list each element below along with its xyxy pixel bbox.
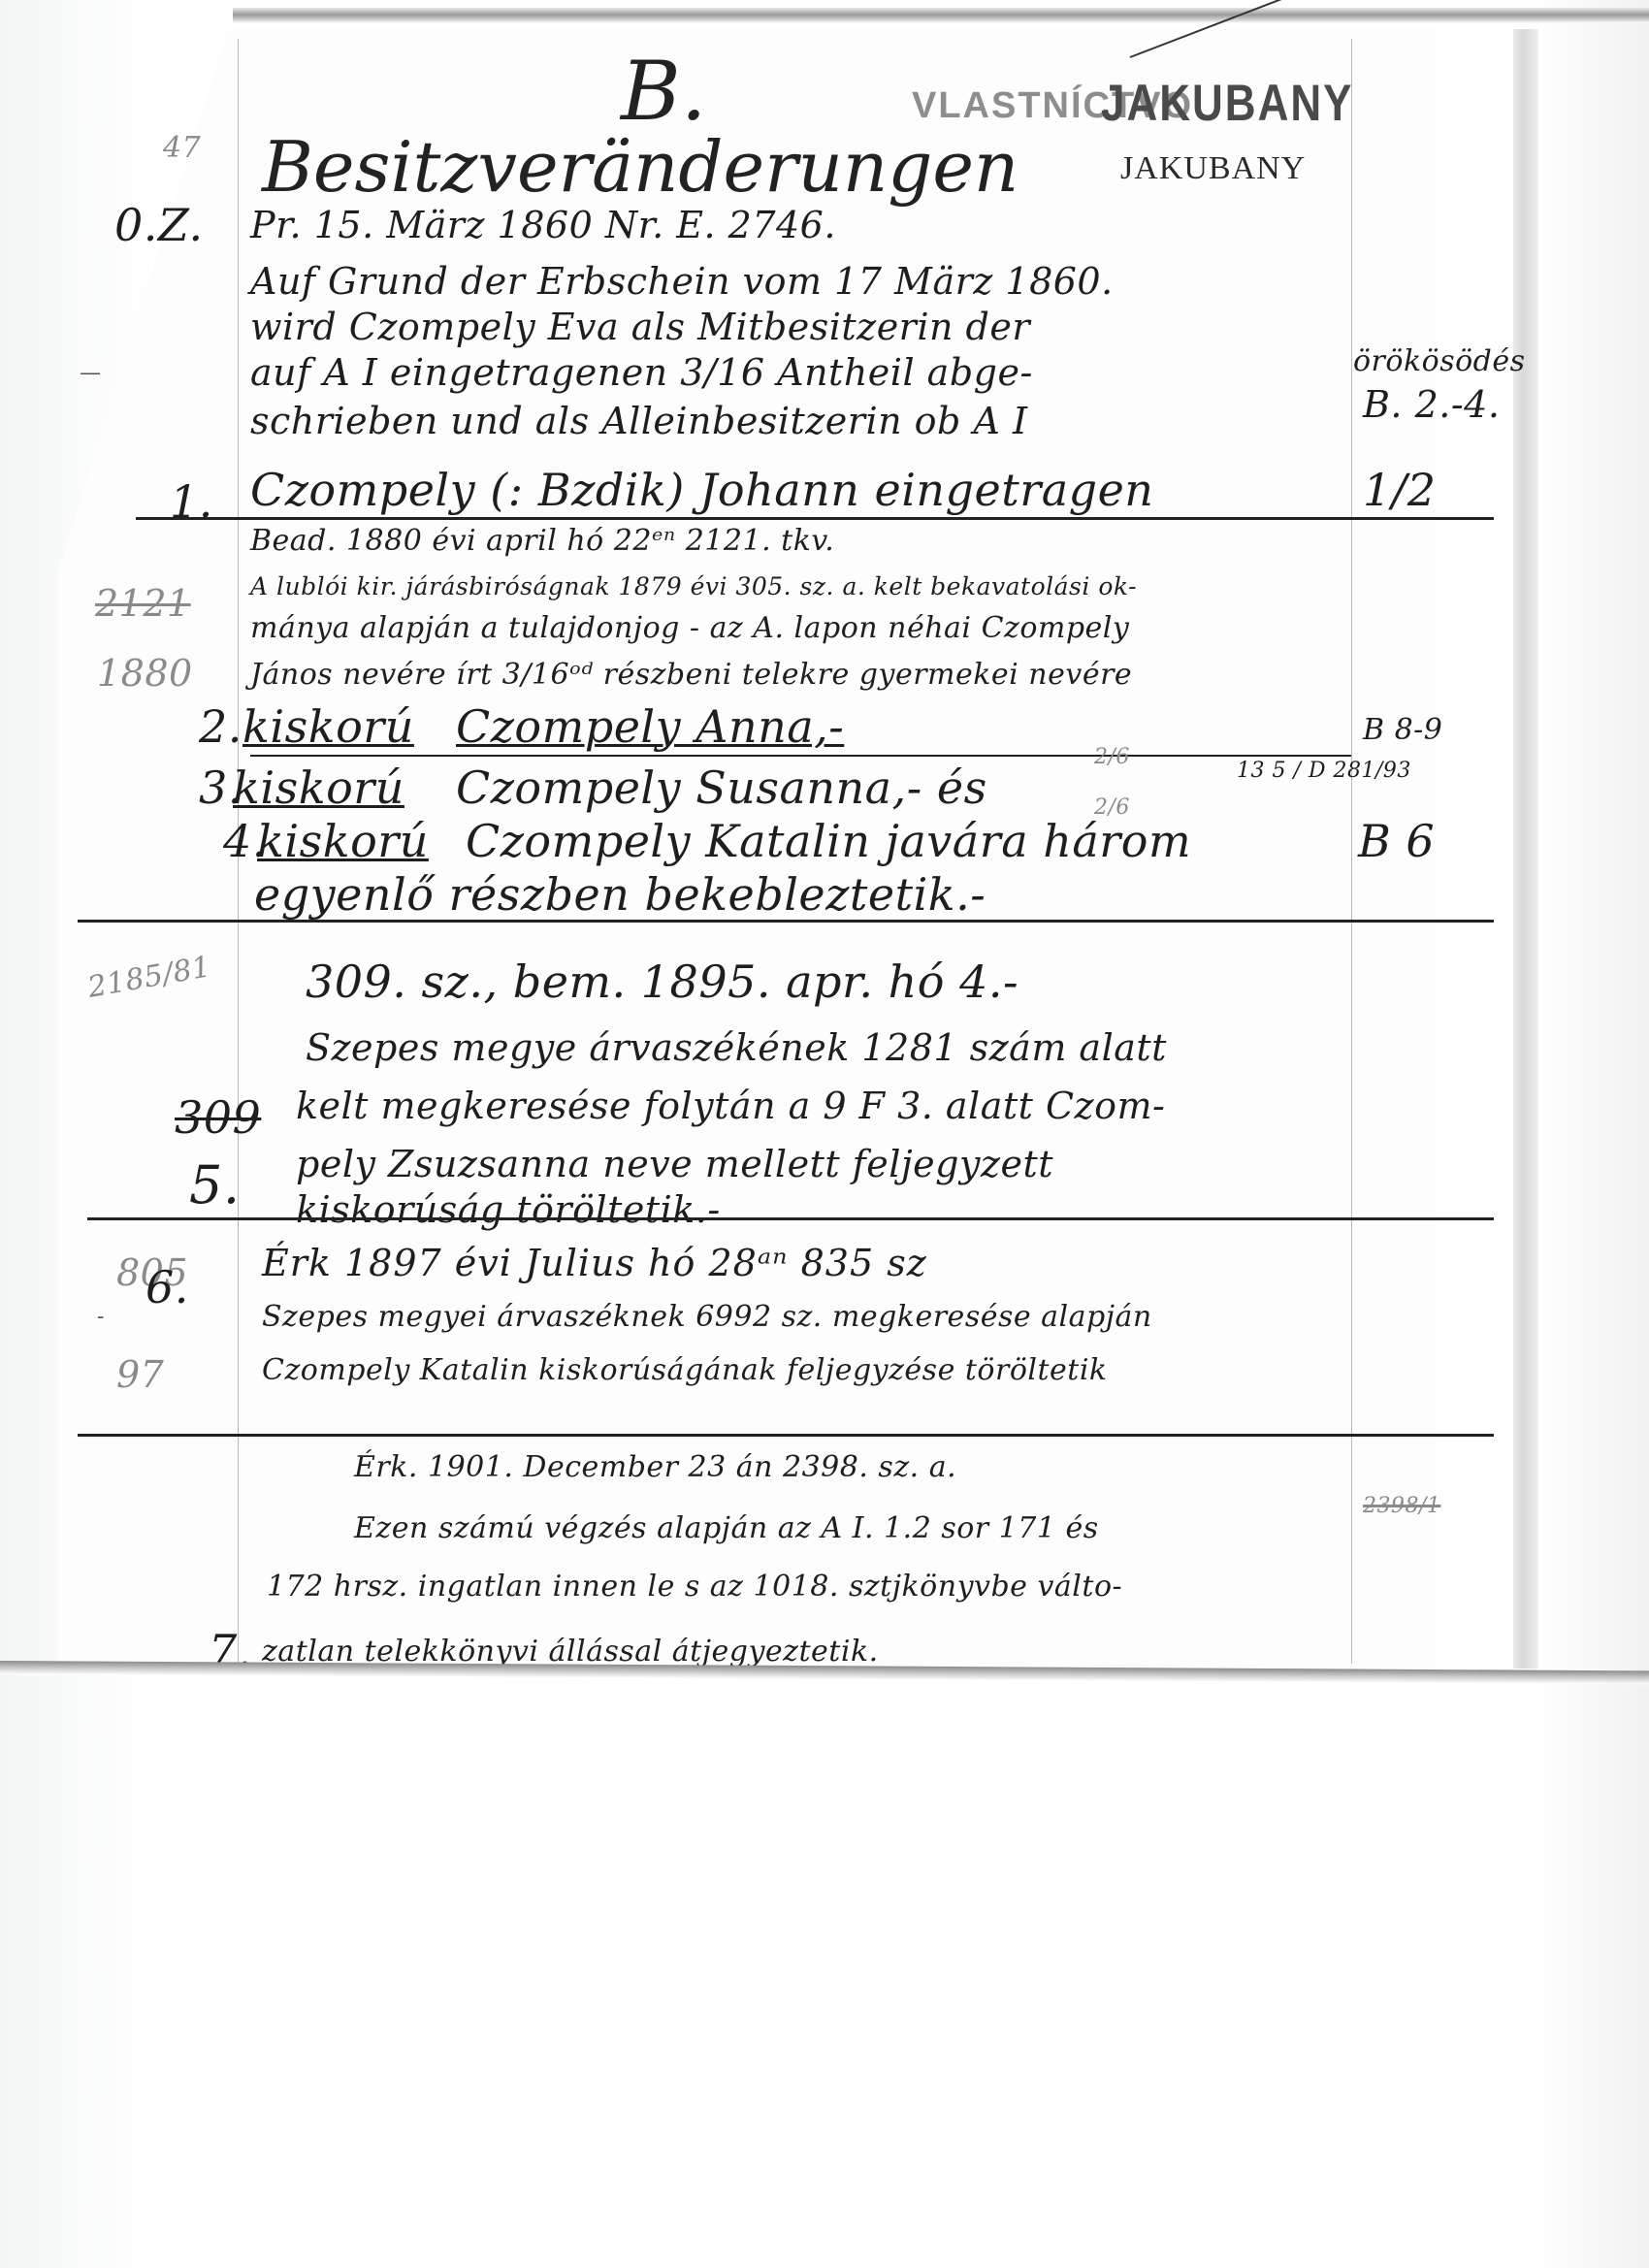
page-right-edge (1513, 29, 1538, 1669)
entry-2-line-4: János nevére írt 3/16ᵒᵈ részbeni telekre… (250, 658, 1132, 692)
scanner-top-shadow (233, 8, 1649, 23)
section-letter: B. (621, 44, 706, 139)
stamp-jakubany: JAKUBANY (1120, 150, 1306, 187)
entry-0-line-2: Auf Grund der Erbschein vom 17 März 1860… (250, 260, 1114, 303)
entry-6-margin-label: 6. (145, 1261, 189, 1313)
item-share: 2/6 (1094, 795, 1130, 820)
entry-5-margin-label: 5. (189, 1154, 241, 1215)
item-right-ref: B 6 (1358, 815, 1435, 867)
page-heading: Besitzveränderungen (262, 126, 1018, 208)
entry-6-line-2: Szepes megyei árvaszéknek 6992 sz. megke… (262, 1300, 1152, 1334)
entry-0-line-3: wird Czompely Eva als Mitbesitzerin der (250, 306, 1030, 348)
entry-2-closing: egyenlő részben bekebleztetik.- (254, 868, 986, 921)
right-column-rule (1351, 39, 1352, 1664)
entry-0-line-1: Pr. 15. März 1860 Nr. E. 2746. (250, 204, 836, 246)
stamp-jakubany-block: JAKUBANY (1101, 75, 1353, 133)
pencil-mark-top-left: 47 (163, 131, 201, 165)
entry-5-line-5: kiskorúság töröltetik.- (296, 1188, 721, 1231)
entry-6-margin-pencil-bottom: 97 (116, 1353, 164, 1396)
entry-0-right-ref: B. 2.-4. (1363, 383, 1500, 426)
entry-7-line-2: Ezen számú végzés alapján az A I. 1.2 so… (354, 1511, 1099, 1545)
entry-2-line-1: Bead. 1880 évi april hó 22ᵉⁿ 2121. tkv. (250, 524, 834, 558)
entry-7-right-pencil: 2398/1 (1363, 1494, 1440, 1518)
entry-5-divider (87, 1217, 1494, 1220)
item-number: 2. (199, 700, 242, 753)
item-name: Czompely Anna,- (456, 700, 844, 753)
entry-2-line-3: mánya alapján a tulajdonjog - az A. lapo… (250, 611, 1129, 645)
entry-7-line-1: Érk. 1901. December 23 án 2398. sz. a. (354, 1450, 956, 1484)
item-2-divider (250, 755, 1351, 757)
item-name: Czompely Katalin javára három (466, 815, 1191, 867)
entry-5-margin-struck: 309 (175, 1091, 261, 1144)
right-column-header: örökösödés (1353, 344, 1526, 378)
item-prefix: kiskorú (233, 761, 404, 814)
entry-1-share: 1/2 (1363, 464, 1437, 516)
entry-0-line-5: schrieben und als Alleinbesitzerin ob A … (250, 400, 1027, 442)
entry-1-divider (136, 517, 1494, 520)
entry-6-divider (78, 1434, 1494, 1437)
entry-4-divider (78, 920, 1494, 923)
entry-0-line-4: auf A I eingetragenen 3/16 Antheil abge- (250, 351, 1033, 394)
entry-0-margin-dash: — (80, 361, 102, 385)
entry-5-line-1: 309. sz., bem. 1895. apr. hó 4.- (306, 956, 1018, 1008)
item-share: 2/6 (1094, 745, 1130, 769)
entry-6-margin-dash: - (97, 1305, 105, 1329)
entry-6-line-3: Czompely Katalin kiskorúságának feljegyz… (262, 1353, 1108, 1387)
entry-1-line-1: Czompely (: Bzdik) Johann eingetragen (250, 464, 1153, 516)
entry-2-margin-struck-number: 2121 (95, 582, 191, 625)
entry-2-line-2: A lublói kir. járásbiróságnak 1879 évi 3… (250, 572, 1137, 600)
item-right-ref: B 8-9 (1363, 713, 1442, 747)
item-prefix: kiskorú (257, 815, 429, 867)
item-prefix: kiskorú (242, 700, 414, 753)
entry-0-margin-label: 0.Z. (114, 199, 204, 251)
entry-5-line-4: pely Zsuzsanna neve mellett feljegyzett (296, 1143, 1053, 1185)
entry-5-line-3: kelt megkeresése folytán a 9 F 3. alatt … (296, 1085, 1165, 1127)
entry-5-line-2: Szepes megye árvaszékének 1281 szám alat… (306, 1026, 1167, 1069)
entry-6-line-1: Érk 1897 évi Julius hó 28ᵃⁿ 835 sz (262, 1242, 927, 1284)
item-decision-note: 13 5 / D 281/93 (1237, 759, 1411, 783)
entry-7-line-3: 172 hrsz. ingatlan innen le s az 1018. s… (267, 1570, 1122, 1604)
item-name: Czompely Susanna,- és (456, 761, 987, 814)
entry-2-margin-year: 1880 (97, 652, 193, 695)
